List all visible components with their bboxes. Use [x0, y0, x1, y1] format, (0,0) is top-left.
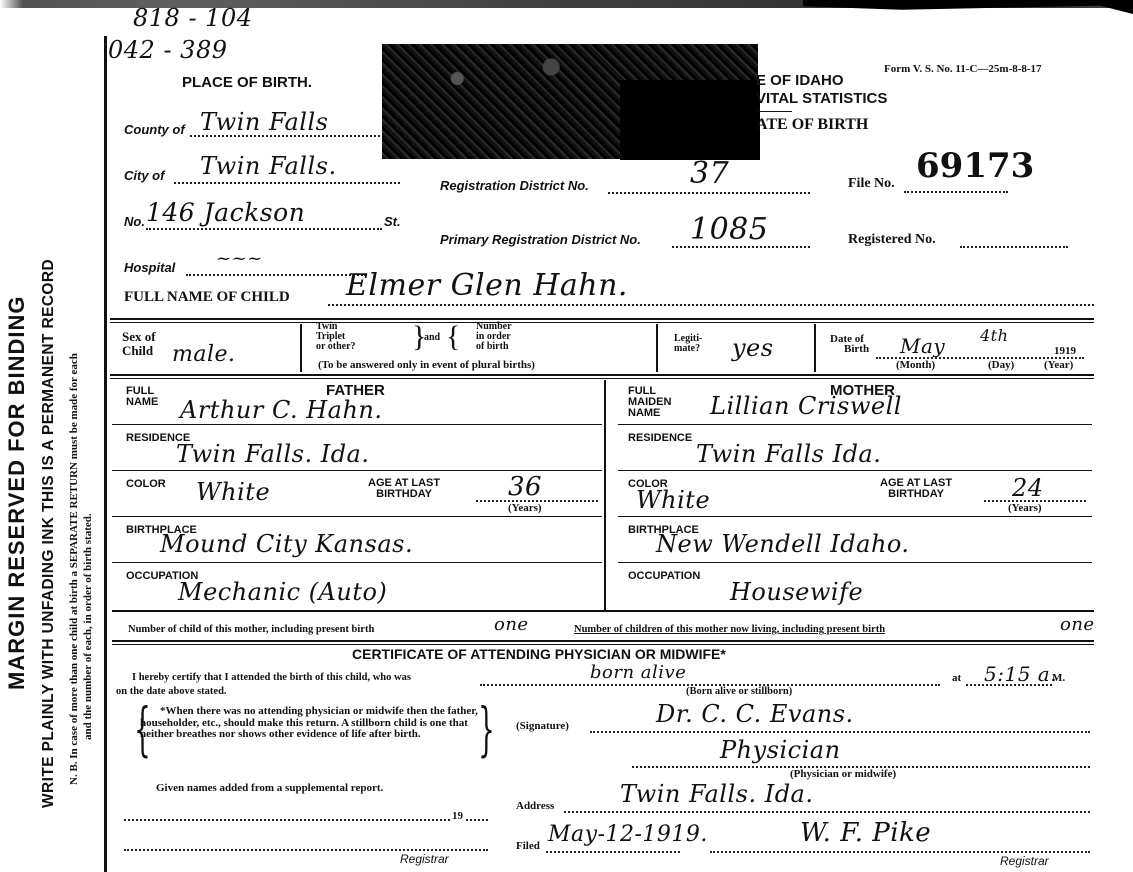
redacted-area-dark	[620, 80, 760, 160]
father-color-value: White	[196, 478, 270, 506]
father-age-label: AGE AT LAST BIRTHDAY	[368, 478, 440, 500]
mother-divider	[618, 516, 1092, 517]
children-living-value: one	[1060, 614, 1095, 635]
row-divider-thin	[110, 322, 1094, 323]
sex-value: male.	[172, 342, 236, 367]
primary-reg-value: 1085	[690, 212, 768, 247]
month-caption: (Month)	[896, 360, 935, 370]
address-label: Address	[516, 800, 554, 812]
father-residence-value: Twin Falls. Ida.	[176, 440, 370, 468]
father-age-label-2: BIRTHDAY	[368, 489, 440, 500]
place-of-birth-title: PLACE OF BIRTH.	[182, 74, 312, 91]
header-divider	[758, 111, 792, 112]
dob-day: 4th	[980, 326, 1008, 345]
dob-label-2: Birth	[830, 344, 869, 354]
date-stated-text: on the date above stated.	[116, 686, 227, 697]
bureau-title: VITAL STATISTICS	[756, 90, 887, 107]
child-number-label: Number of child of this mother, includin…	[128, 624, 374, 635]
margin-rule	[104, 36, 107, 872]
hospital-value: ~~~	[216, 248, 263, 269]
file-no-value: 69173	[916, 146, 1034, 186]
certify-text: I hereby certify that I attended the bir…	[132, 672, 411, 683]
ref-number-1: 818 - 104	[133, 4, 252, 32]
mother-divider	[618, 424, 1092, 425]
full-name-label: FULL NAME OF CHILD	[124, 289, 290, 306]
hospital-label: Hospital	[124, 260, 175, 275]
county-value: Twin Falls	[200, 108, 328, 136]
reg-district-value: 37	[690, 156, 729, 191]
city-dotline	[174, 182, 400, 184]
mother-residence-label: RESIDENCE	[628, 432, 692, 444]
child-number-value: one	[494, 614, 529, 635]
state-title: E OF IDAHO	[756, 72, 844, 89]
twin-label-3: or other?	[316, 342, 356, 352]
children-living-label: Number of children of this mother now li…	[574, 624, 885, 635]
day-caption: (Day)	[988, 360, 1014, 370]
mother-years-caption: (Years)	[1008, 503, 1042, 513]
form-number: Form V. S. No. 11-C—25m-8-8-17	[884, 63, 1042, 75]
born-alive-value: born alive	[590, 662, 686, 683]
physician-caption: (Physician or midwife)	[790, 768, 896, 780]
registrar-name-value: W. F. Pike	[800, 818, 931, 848]
certificate-divider	[112, 640, 1094, 642]
note-brace-right-icon: }	[478, 700, 495, 758]
city-label: City of	[124, 168, 164, 183]
col-divider	[300, 324, 302, 372]
street-no-label: No.	[124, 214, 145, 229]
reg-district-label: Registration District No.	[440, 178, 589, 193]
dob-label: Date of Birth	[830, 334, 869, 354]
margin-reserved-text: MARGIN RESERVED FOR BINDING	[4, 295, 30, 690]
city-value: Twin Falls.	[200, 152, 337, 180]
time-value: 5:15 a.	[984, 662, 1057, 686]
write-plainly-text: WRITE PLAINLY WITH UNFADING INK THIS IS …	[40, 259, 58, 808]
mother-name-label: FULL MAIDEN NAME	[628, 386, 671, 419]
mother-divider	[618, 470, 1092, 471]
note-text: *When there was no attending physician o…	[140, 706, 484, 741]
order-label: Number in order of birth	[476, 322, 512, 352]
filed-date-value: May-12-1919.	[548, 822, 708, 847]
mother-birthplace-value: New Wendell Idaho.	[656, 530, 910, 558]
file-no-label: File No.	[848, 176, 895, 192]
order-label-3: of birth	[476, 342, 512, 352]
reg-district-dotline	[608, 192, 810, 194]
signature-dotline	[590, 731, 1090, 733]
file-no-dotline	[904, 191, 1008, 193]
mother-divider	[618, 562, 1092, 563]
certificate-title: ATE OF BIRTH	[756, 116, 868, 134]
parents-bottom-divider	[112, 610, 1094, 612]
father-divider	[112, 516, 602, 517]
mother-age-label: AGE AT LAST BIRTHDAY	[880, 478, 952, 500]
father-name-label-2: NAME	[126, 397, 158, 408]
and-label: and	[424, 333, 440, 343]
registrar-right-dotline	[710, 851, 1090, 853]
registrar-caption-right: Registrar	[1000, 854, 1049, 868]
father-color-label: COLOR	[126, 478, 166, 490]
filed-label: Filed	[516, 840, 540, 852]
child-name-value: Elmer Glen Hahn.	[346, 268, 628, 303]
full-name-dotline	[328, 304, 1094, 306]
row-divider-thin	[110, 378, 1094, 379]
father-birthplace-value: Mound City Kansas.	[160, 530, 413, 558]
mother-name-label-3: NAME	[628, 408, 671, 419]
mother-residence-value: Twin Falls Ida.	[696, 440, 881, 468]
father-name-value: Arthur C. Hahn.	[180, 396, 383, 424]
registrar-left-dotline	[124, 849, 488, 851]
certificate-of-physician-title: CERTIFICATE OF ATTENDING PHYSICIAN OR MI…	[352, 646, 726, 662]
brace-left-icon: {	[446, 322, 460, 352]
col-divider	[656, 324, 658, 372]
at-label: at	[952, 672, 961, 684]
registered-no-dotline	[960, 246, 1068, 248]
primary-reg-label: Primary Registration District No.	[440, 232, 641, 247]
father-occupation-value: Mechanic (Auto)	[178, 578, 387, 606]
hospital-dotline	[186, 274, 366, 276]
street-dotline	[146, 228, 382, 230]
plural-note: (To be answered only in event of plural …	[318, 360, 535, 370]
nb-note-line1: N. B. In case of more than one child at …	[68, 353, 80, 785]
year-19-label: 19	[452, 810, 463, 822]
row-divider	[110, 374, 1094, 376]
father-name-label: FULL NAME	[126, 386, 158, 408]
street-st-label: St.	[384, 214, 401, 229]
signature-label: (Signature)	[516, 720, 569, 732]
dob-month: May	[900, 334, 945, 358]
parents-center-divider	[604, 380, 606, 610]
nb-note-line2: and the number of each, in order of birt…	[82, 513, 94, 740]
signature-value: Dr. C. C. Evans.	[656, 700, 854, 728]
father-age-value: 36	[508, 472, 542, 502]
legit-value: yes	[732, 334, 774, 362]
year-dotline	[466, 819, 488, 821]
registrar-caption-left: Registrar	[400, 852, 449, 866]
certificate-divider-thin	[112, 644, 1094, 645]
supplemental-dotline	[124, 819, 450, 821]
row-divider	[110, 318, 1094, 320]
sex-label-1: Sex of	[122, 330, 156, 344]
filed-dotline	[546, 851, 680, 853]
father-divider	[112, 562, 602, 563]
legit-label-2: mate?	[674, 344, 702, 354]
sex-label-2: Child	[122, 344, 156, 358]
given-names-note: Given names added from a supplemental re…	[156, 782, 383, 794]
county-label: County of	[124, 122, 185, 137]
col-divider	[814, 324, 816, 372]
mother-age-value: 24	[1012, 474, 1044, 502]
physician-title-value: Physician	[720, 736, 841, 764]
year-caption: (Year)	[1044, 360, 1073, 370]
twin-label: Twin Triplet or other?	[316, 322, 356, 352]
father-years-caption: (Years)	[508, 503, 542, 513]
ref-number-2: 042 - 389	[108, 36, 227, 64]
registered-no-label: Registered No.	[848, 232, 936, 248]
dob-year: 1919	[1054, 346, 1076, 356]
address-dotline	[564, 811, 1090, 813]
father-divider	[112, 424, 602, 425]
father-divider	[112, 470, 602, 471]
meridian-label: M.	[1052, 672, 1065, 684]
legit-label: Legiti- mate?	[674, 334, 702, 354]
sex-label: Sex of Child	[122, 330, 156, 358]
address-value: Twin Falls. Ida.	[620, 780, 814, 808]
mother-color-value: White	[636, 486, 710, 514]
street-value: 146 Jackson	[146, 198, 305, 227]
mother-occupation-value: Housewife	[730, 578, 863, 606]
mother-name-value: Lillian Criswell	[710, 392, 902, 420]
mother-occupation-label: OCCUPATION	[628, 570, 700, 582]
born-caption: (Born alive or stillborn)	[686, 686, 792, 697]
mother-age-label-2: BIRTHDAY	[880, 489, 952, 500]
